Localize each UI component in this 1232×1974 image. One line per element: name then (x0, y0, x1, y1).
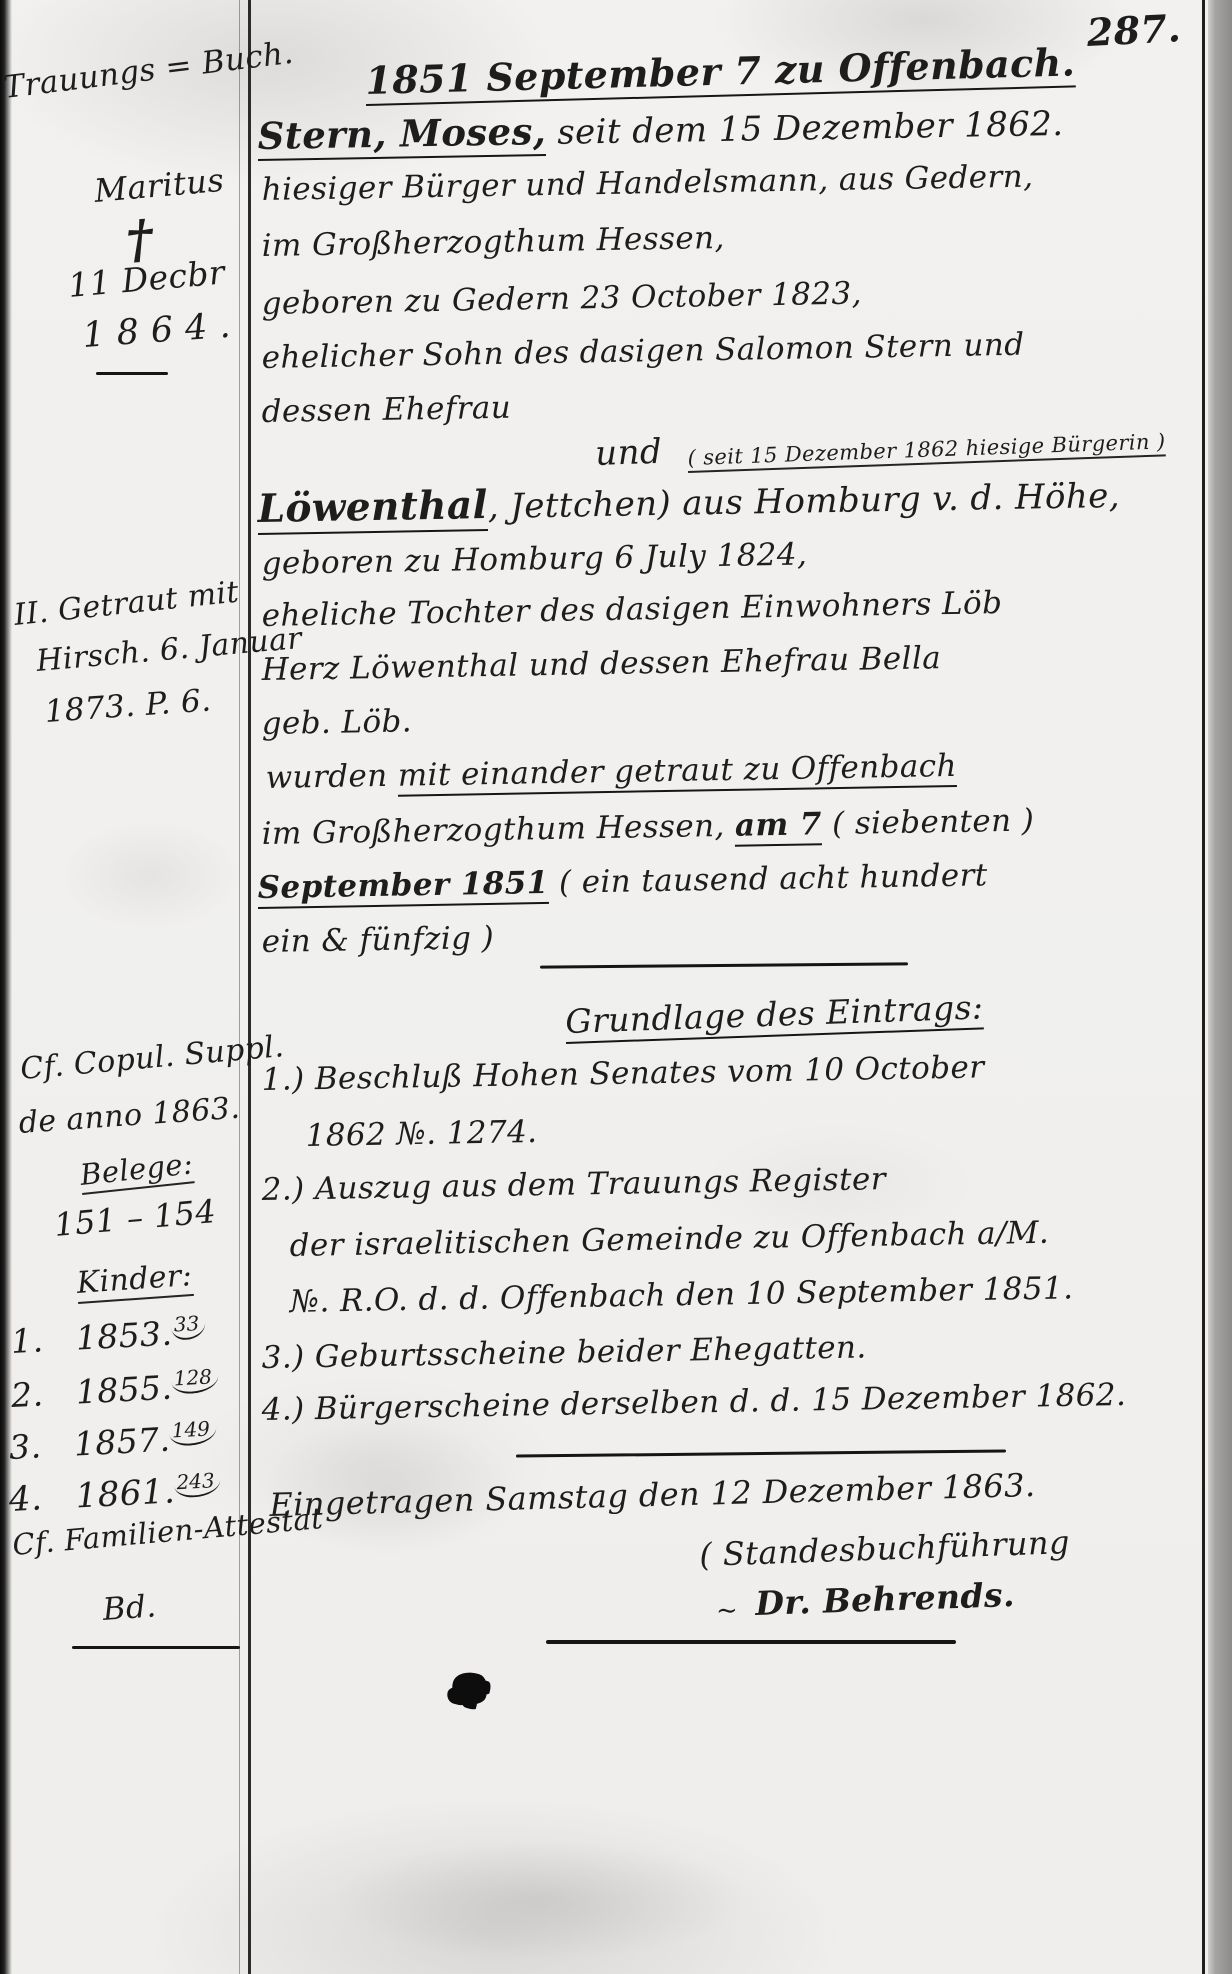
paper-stain (60, 820, 240, 930)
entry-headline-text: 1851 September 7 zu Offenbach. (365, 39, 1076, 106)
groom-citizen-since: seit dem 15 Dezember 1862. (546, 104, 1064, 153)
child-index: 1. (10, 1320, 44, 1361)
child-index: 3. (8, 1426, 42, 1467)
margin-death-year: 1 8 6 4 . (81, 306, 232, 356)
grundlage-item1-line2: 1862 №. 1274. (305, 1114, 537, 1154)
grundlage-item4: 4.) Bürgerscheine derselben d. d. 15 Dez… (261, 1377, 1126, 1428)
connector-und: und (595, 432, 663, 474)
kinder-heading-text: Kinder: (76, 1258, 194, 1304)
child-index: 2. (10, 1374, 44, 1415)
grundlage-item3: 3.) Geburtsscheine beider Ehegatten. (261, 1329, 867, 1376)
marriage-region: im Großherzogthum Hessen, (261, 808, 735, 852)
marriage-day-word: ( siebenten ) (821, 803, 1034, 843)
section-rule (540, 962, 908, 968)
grundlage-heading: Grundlage des Eintrags: (565, 987, 984, 1041)
groom-parents-line: ehelicher Sohn des dasigen Salomon Stern… (261, 327, 1024, 376)
section-rule (516, 1449, 1006, 1457)
bride-name: Löwenthal (257, 482, 488, 535)
groom-region-line: im Großherzogthum Hessen, (261, 220, 725, 264)
marriage-year-words: ( ein tausend acht hundert (548, 857, 988, 901)
ink-blot (448, 1667, 492, 1709)
margin-belege-heading: Belege: (78, 1146, 194, 1192)
footer-office: ( Standesbuchführung (699, 1523, 1071, 1574)
marriage-statement-line2: im Großherzogthum Hessen, am 7 ( siebent… (261, 803, 1034, 852)
grundlage-heading-text: Grundlage des Eintrags: (565, 987, 984, 1044)
footer-entry-date: Eingetragen Samstag den 12 Dezember 1863… (269, 1466, 1036, 1524)
entry-headline: 1851 September 7 zu Offenbach. (365, 39, 1076, 103)
marriage-place: mit einander getraut zu Offenbach (397, 748, 957, 797)
groom-birth-line: geboren zu Gedern 23 October 1823, (261, 276, 862, 322)
child-register-number: 128 (171, 1364, 219, 1394)
margin-copul-note-line2: de anno 1863. (18, 1091, 242, 1141)
marriage-statement-line1: wurden mit einander getraut zu Offenbach (265, 748, 957, 796)
margin-kinder-heading: Kinder: (76, 1258, 194, 1301)
margin-copul-note-line1: Cf. Copul. Suppl. (19, 1029, 286, 1087)
groom-name: Stern, Moses, (257, 109, 546, 161)
page-number: 287. (1086, 5, 1182, 55)
closing-rule (546, 1640, 956, 1644)
margin-attestat-underline (72, 1646, 240, 1649)
groom-name-line: Stern, Moses, seit dem 15 Dezember 1862. (257, 100, 1064, 158)
right-scan-edge (1208, 0, 1232, 1974)
bride-citizen-note: ( seit 15 Dezember 1862 hiesige Bürgerin… (687, 429, 1166, 470)
grundlage-item2-line3: №. R.O. d. d. Offenbach den 10 September… (289, 1270, 1073, 1320)
bride-mother-maiden-line: geb. Löb. (261, 703, 412, 742)
child-register-number: 243 (174, 1468, 222, 1498)
margin-death-date: 11 Decbr (67, 252, 227, 305)
bride-citizen-note-text: ( seit 15 Dezember 1862 hiesige Bürgerin… (687, 429, 1166, 473)
margin-second-marriage-line3: 1873. P. 6. (43, 682, 212, 730)
grundlage-item1-line1: 1.) Beschluß Hohen Senates vom 10 Octobe… (261, 1049, 984, 1098)
right-page-rule (1202, 0, 1205, 1974)
paper-stain (330, 1840, 750, 1960)
belege-heading-text: Belege: (78, 1146, 194, 1195)
marriage-wurden: wurden (265, 758, 398, 796)
left-scan-edge (0, 0, 12, 1974)
bride-father-line: Herz Löwenthal und dessen Ehefrau Bella (261, 640, 941, 688)
child-row: 1. 1853.33 (10, 1312, 207, 1361)
footer-squiggle: ∼ (716, 1596, 738, 1626)
child-year: 1855. (75, 1368, 173, 1412)
groom-occupation-line: hiesiger Bürger und Handelsmann, aus Ged… (261, 159, 1033, 208)
marriage-month-year: September 1851 (257, 865, 549, 909)
child-year: 1857. (73, 1420, 171, 1464)
margin-divider-line (248, 0, 251, 1974)
registrar-signature: Dr. Behrends. (755, 1575, 1016, 1623)
margin-maritus-label: Maritus (93, 161, 226, 210)
child-register-number: 33 (171, 1311, 206, 1341)
bride-name-line: Löwenthal, Jettchen) aus Homburg v. d. H… (257, 471, 1120, 532)
marriage-statement-line3: September 1851 ( ein tausend acht hunder… (257, 857, 988, 906)
child-year: 1861. (75, 1471, 176, 1516)
bride-birth-line: geboren zu Homburg 6 July 1824, (261, 536, 807, 582)
margin-divider-line-faint (239, 0, 240, 1974)
marriage-day: am 7 (735, 806, 823, 847)
child-index: 4. (8, 1478, 43, 1520)
margin-second-marriage-line1: II. Getraut mit (12, 575, 240, 633)
marriage-statement-line4: ein & fünfzig ) (261, 920, 494, 960)
child-year: 1853. (75, 1314, 173, 1358)
child-row: 2. 1855.128 (10, 1365, 219, 1415)
margin-death-underline (96, 372, 168, 375)
groom-mother-line: dessen Ehefrau (261, 390, 511, 430)
child-row: 3. 1857.149 (8, 1417, 217, 1467)
bride-origin: , Jettchen) aus Homburg v. d. Höhe, (487, 476, 1120, 527)
register-page-scan: 287. Trauungs = Buch. Maritus † 11 Decbr… (0, 0, 1232, 1974)
margin-belege-range: 151 – 154 (53, 1192, 218, 1244)
grundlage-item2-line2: der israelitischen Gemeinde zu Offenbach… (289, 1215, 1049, 1264)
margin-register-title: Trauungs = Buch. (2, 35, 296, 106)
child-register-number: 149 (169, 1416, 217, 1446)
grundlage-item2-line1: 2.) Auszug aus dem Trauungs Register (261, 1161, 886, 1208)
bride-parents-line: eheliche Tochter des dasigen Einwohners … (261, 585, 1002, 634)
margin-attestat-note-line2: Bd. (101, 1588, 157, 1628)
